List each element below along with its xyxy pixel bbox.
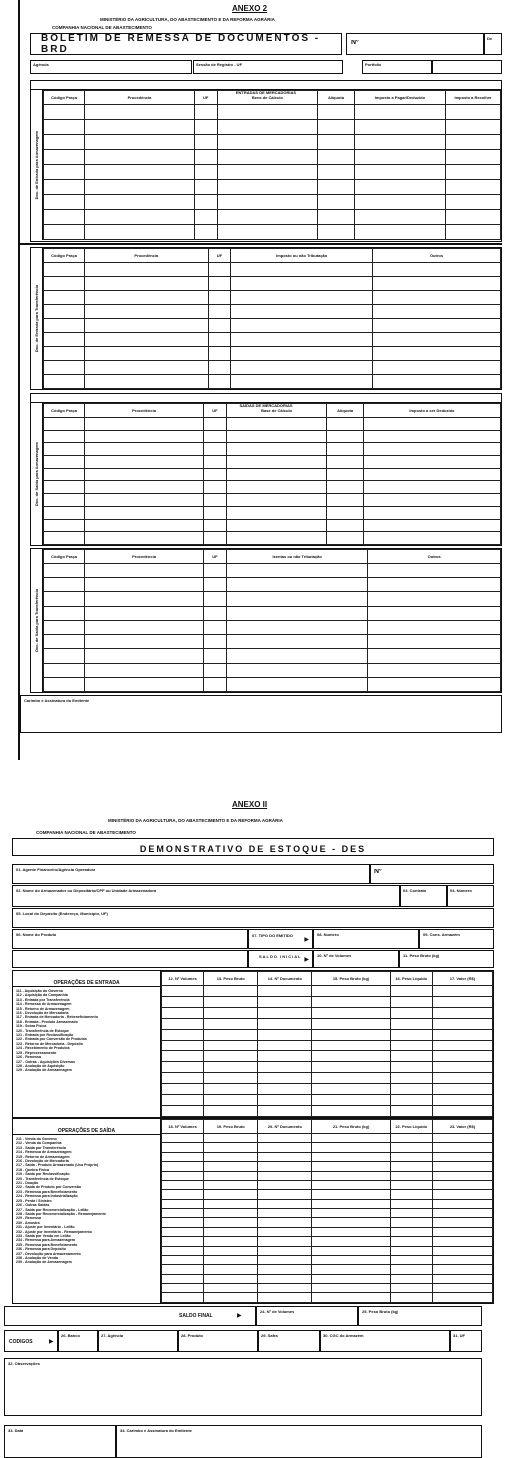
table-cell[interactable] xyxy=(390,1180,432,1189)
table-cell[interactable] xyxy=(446,180,501,195)
table-cell[interactable] xyxy=(85,195,195,210)
table-cell[interactable] xyxy=(231,305,373,319)
table-cell[interactable] xyxy=(44,361,85,375)
table-cell[interactable] xyxy=(258,1265,312,1274)
table-cell[interactable] xyxy=(432,1105,492,1116)
table-cell[interactable] xyxy=(203,481,226,494)
table-cell[interactable] xyxy=(44,195,85,210)
table-cell[interactable] xyxy=(44,677,85,691)
table-cell[interactable] xyxy=(204,1073,258,1084)
table-cell[interactable] xyxy=(44,418,85,431)
table-cell[interactable] xyxy=(204,1199,258,1208)
table-cell[interactable] xyxy=(446,135,501,150)
table-cell[interactable] xyxy=(258,1237,312,1246)
table-cell[interactable] xyxy=(368,620,501,634)
table-cell[interactable] xyxy=(162,1018,204,1029)
table-cell[interactable] xyxy=(390,1227,432,1236)
table-cell[interactable] xyxy=(162,1190,204,1199)
table-cell[interactable] xyxy=(432,1134,492,1143)
table-cell[interactable] xyxy=(231,277,373,291)
table-cell[interactable] xyxy=(85,361,208,375)
table-cell[interactable] xyxy=(390,1199,432,1208)
table-cell[interactable] xyxy=(44,347,85,361)
table-cell[interactable] xyxy=(208,291,231,305)
table-cell[interactable] xyxy=(312,1018,390,1029)
brd-number-box[interactable]: Nº xyxy=(346,33,484,55)
table-cell[interactable] xyxy=(85,443,204,456)
table-cell[interactable] xyxy=(446,210,501,225)
field-doc-number[interactable]: 08. Número xyxy=(313,929,419,949)
table-cell[interactable] xyxy=(390,1062,432,1073)
table-cell[interactable] xyxy=(204,986,258,997)
table-cell[interactable] xyxy=(162,1171,204,1180)
table-cell[interactable] xyxy=(162,1218,204,1227)
table-cell[interactable] xyxy=(217,210,318,225)
field-product-name[interactable]: 06. Nome do Produto xyxy=(12,929,248,949)
table-cell[interactable] xyxy=(162,1180,204,1189)
table-cell[interactable] xyxy=(312,1095,390,1106)
table-cell[interactable] xyxy=(85,180,195,195)
table-cell[interactable] xyxy=(390,1051,432,1062)
table-cell[interactable] xyxy=(373,361,501,375)
table-cell[interactable] xyxy=(390,1237,432,1246)
table-cell[interactable] xyxy=(231,361,373,375)
table-cell[interactable] xyxy=(390,1073,432,1084)
table-cell[interactable] xyxy=(318,225,355,240)
table-cell[interactable] xyxy=(208,333,231,347)
table-cell[interactable] xyxy=(226,519,327,532)
table-cell[interactable] xyxy=(258,1143,312,1152)
table-cell[interactable] xyxy=(162,1007,204,1018)
table-cell[interactable] xyxy=(217,165,318,180)
table-cell[interactable] xyxy=(432,1293,492,1303)
table-cell[interactable] xyxy=(390,1084,432,1095)
table-cell[interactable] xyxy=(354,195,445,210)
table-cell[interactable] xyxy=(162,1105,204,1116)
table-cell[interactable] xyxy=(203,468,226,481)
table-cell[interactable] xyxy=(312,1199,390,1208)
field-number[interactable]: Nº xyxy=(370,864,494,884)
table-cell[interactable] xyxy=(432,1209,492,1218)
table-cell[interactable] xyxy=(203,494,226,507)
table-cell[interactable] xyxy=(44,481,85,494)
table-cell[interactable] xyxy=(204,1274,258,1283)
table-cell[interactable] xyxy=(203,506,226,519)
table-cell[interactable] xyxy=(162,1284,204,1293)
field-bank[interactable]: 26. Banco xyxy=(58,1330,98,1352)
field-final-weight[interactable]: 25. Peso Bruto (kg) xyxy=(358,1306,482,1326)
table-cell[interactable] xyxy=(432,1084,492,1095)
table-cell[interactable] xyxy=(258,1209,312,1218)
table-cell[interactable] xyxy=(258,1084,312,1095)
table-cell[interactable] xyxy=(203,663,226,677)
table-cell[interactable] xyxy=(85,649,204,663)
table-cell[interactable] xyxy=(162,1095,204,1106)
table-cell[interactable] xyxy=(432,1284,492,1293)
table-cell[interactable] xyxy=(85,620,204,634)
table-cell[interactable] xyxy=(368,635,501,649)
table-cell[interactable] xyxy=(432,1162,492,1171)
table-cell[interactable] xyxy=(226,663,368,677)
table-cell[interactable] xyxy=(368,564,501,578)
table-cell[interactable] xyxy=(226,564,368,578)
table-cell[interactable] xyxy=(373,305,501,319)
table-cell[interactable] xyxy=(312,1246,390,1255)
table-cell[interactable] xyxy=(432,1218,492,1227)
table-cell[interactable] xyxy=(44,150,85,165)
table-cell[interactable] xyxy=(85,578,204,592)
table-cell[interactable] xyxy=(390,1209,432,1218)
table-cell[interactable] xyxy=(204,1095,258,1106)
table-cell[interactable] xyxy=(390,1029,432,1040)
table-cell[interactable] xyxy=(390,1018,432,1029)
table-cell[interactable] xyxy=(432,1143,492,1152)
table-cell[interactable] xyxy=(258,986,312,997)
table-cell[interactable] xyxy=(194,135,217,150)
table-cell[interactable] xyxy=(85,677,204,691)
table-cell[interactable] xyxy=(44,564,85,578)
table-cell[interactable] xyxy=(327,519,364,532)
table-cell[interactable] xyxy=(162,1143,204,1152)
table-cell[interactable] xyxy=(85,347,208,361)
table-cell[interactable] xyxy=(312,1062,390,1073)
table-cell[interactable] xyxy=(194,195,217,210)
table-cell[interactable] xyxy=(258,1171,312,1180)
table-cell[interactable] xyxy=(204,996,258,1007)
table-cell[interactable] xyxy=(258,1105,312,1116)
table-cell[interactable] xyxy=(312,1180,390,1189)
table-cell[interactable] xyxy=(85,105,195,120)
table-cell[interactable] xyxy=(162,996,204,1007)
table-cell[interactable] xyxy=(85,468,204,481)
table-cell[interactable] xyxy=(390,986,432,997)
table-cell[interactable] xyxy=(390,1162,432,1171)
table-cell[interactable] xyxy=(85,165,195,180)
table-cell[interactable] xyxy=(354,210,445,225)
table-cell[interactable] xyxy=(432,1274,492,1283)
table-cell[interactable] xyxy=(258,1255,312,1264)
table-cell[interactable] xyxy=(44,443,85,456)
table-cell[interactable] xyxy=(327,418,364,431)
registry-field[interactable]: Sessão de Registro - UF xyxy=(193,60,343,74)
table-cell[interactable] xyxy=(162,1029,204,1040)
table-cell[interactable] xyxy=(204,1237,258,1246)
table-cell[interactable] xyxy=(85,375,208,389)
table-cell[interactable] xyxy=(258,1062,312,1073)
table-cell[interactable] xyxy=(432,1007,492,1018)
table-cell[interactable] xyxy=(390,1265,432,1274)
table-cell[interactable] xyxy=(368,606,501,620)
table-cell[interactable] xyxy=(312,1274,390,1283)
field-deposit-location[interactable]: 05. Local do Depósito (Endereço, Municíp… xyxy=(12,908,494,928)
table-cell[interactable] xyxy=(204,1293,258,1303)
table-cell[interactable] xyxy=(162,1051,204,1062)
table-cell[interactable] xyxy=(85,319,208,333)
table-cell[interactable] xyxy=(312,1040,390,1051)
table-cell[interactable] xyxy=(354,165,445,180)
table-cell[interactable] xyxy=(258,1199,312,1208)
table-cell[interactable] xyxy=(446,165,501,180)
table-cell[interactable] xyxy=(203,592,226,606)
table-cell[interactable] xyxy=(231,263,373,277)
table-cell[interactable] xyxy=(432,1255,492,1264)
table-cell[interactable] xyxy=(162,1237,204,1246)
table-cell[interactable] xyxy=(44,620,85,634)
table-cell[interactable] xyxy=(203,430,226,443)
table-cell[interactable] xyxy=(162,1134,204,1143)
table-cell[interactable] xyxy=(354,120,445,135)
table-cell[interactable] xyxy=(327,506,364,519)
table-cell[interactable] xyxy=(226,606,368,620)
table-cell[interactable] xyxy=(258,1162,312,1171)
table-cell[interactable] xyxy=(217,180,318,195)
table-cell[interactable] xyxy=(204,1152,258,1161)
table-cell[interactable] xyxy=(85,456,204,469)
table-cell[interactable] xyxy=(258,1293,312,1303)
field-agent-agency[interactable]: 01. Agente Financeiro/Agência Operadora xyxy=(12,864,370,884)
table-cell[interactable] xyxy=(204,1218,258,1227)
table-cell[interactable] xyxy=(85,120,195,135)
table-cell[interactable] xyxy=(312,1152,390,1161)
table-cell[interactable] xyxy=(44,291,85,305)
field-final-volumes[interactable]: 24. Nº de Volumes xyxy=(256,1306,358,1326)
table-cell[interactable] xyxy=(204,1227,258,1236)
table-cell[interactable] xyxy=(208,319,231,333)
table-cell[interactable] xyxy=(85,210,195,225)
table-cell[interactable] xyxy=(85,592,204,606)
table-cell[interactable] xyxy=(85,305,208,319)
table-cell[interactable] xyxy=(204,1062,258,1073)
table-cell[interactable] xyxy=(258,1051,312,1062)
table-cell[interactable] xyxy=(204,1143,258,1152)
table-cell[interactable] xyxy=(194,225,217,240)
table-cell[interactable] xyxy=(44,468,85,481)
table-cell[interactable] xyxy=(162,1209,204,1218)
table-cell[interactable] xyxy=(446,150,501,165)
table-cell[interactable] xyxy=(44,635,85,649)
table-cell[interactable] xyxy=(231,319,373,333)
table-cell[interactable] xyxy=(432,1237,492,1246)
table-cell[interactable] xyxy=(226,481,327,494)
table-cell[interactable] xyxy=(231,347,373,361)
observations-field[interactable]: 32. Observações xyxy=(4,1358,482,1416)
table-cell[interactable] xyxy=(85,277,208,291)
table-cell[interactable] xyxy=(363,506,500,519)
table-cell[interactable] xyxy=(203,578,226,592)
table-cell[interactable] xyxy=(312,1134,390,1143)
table-cell[interactable] xyxy=(203,649,226,663)
table-cell[interactable] xyxy=(204,1171,258,1180)
table-cell[interactable] xyxy=(432,1040,492,1051)
table-cell[interactable] xyxy=(217,225,318,240)
table-cell[interactable] xyxy=(312,986,390,997)
table-cell[interactable] xyxy=(204,1105,258,1116)
table-cell[interactable] xyxy=(432,1265,492,1274)
table-cell[interactable] xyxy=(312,1265,390,1274)
table-cell[interactable] xyxy=(204,1084,258,1095)
table-cell[interactable] xyxy=(204,1018,258,1029)
table-cell[interactable] xyxy=(390,1274,432,1283)
table-cell[interactable] xyxy=(85,291,208,305)
table-cell[interactable] xyxy=(162,1162,204,1171)
table-cell[interactable] xyxy=(203,456,226,469)
table-cell[interactable] xyxy=(44,606,85,620)
table-cell[interactable] xyxy=(44,506,85,519)
table-cell[interactable] xyxy=(432,1095,492,1106)
stamp-signature-box[interactable]: Carimbo e Assinatura do Emitente xyxy=(20,695,502,733)
table-cell[interactable] xyxy=(204,1190,258,1199)
table-cell[interactable] xyxy=(208,347,231,361)
table-cell[interactable] xyxy=(162,1152,204,1161)
table-cell[interactable] xyxy=(44,105,85,120)
brd-date-box[interactable]: De xyxy=(484,33,502,55)
table-cell[interactable] xyxy=(85,494,204,507)
table-cell[interactable] xyxy=(203,606,226,620)
table-cell[interactable] xyxy=(390,1293,432,1303)
table-cell[interactable] xyxy=(85,333,208,347)
table-cell[interactable] xyxy=(432,1018,492,1029)
table-cell[interactable] xyxy=(194,120,217,135)
table-cell[interactable] xyxy=(432,986,492,997)
table-cell[interactable] xyxy=(363,468,500,481)
table-cell[interactable] xyxy=(217,135,318,150)
table-cell[interactable] xyxy=(318,165,355,180)
table-cell[interactable] xyxy=(432,1051,492,1062)
table-cell[interactable] xyxy=(432,1199,492,1208)
table-cell[interactable] xyxy=(204,1265,258,1274)
field-type-emitted[interactable]: 07. TIPO DO EMITIDO ▶ xyxy=(248,929,313,949)
table-cell[interactable] xyxy=(327,456,364,469)
table-cell[interactable] xyxy=(363,418,500,431)
table-cell[interactable] xyxy=(327,494,364,507)
table-cell[interactable] xyxy=(258,1018,312,1029)
table-cell[interactable] xyxy=(446,120,501,135)
table-cell[interactable] xyxy=(258,996,312,1007)
table-cell[interactable] xyxy=(318,135,355,150)
table-cell[interactable] xyxy=(204,1051,258,1062)
field-agency[interactable]: 27. Agência xyxy=(98,1330,178,1352)
table-cell[interactable] xyxy=(85,225,195,240)
table-cell[interactable] xyxy=(446,105,501,120)
table-cell[interactable] xyxy=(226,443,327,456)
table-cell[interactable] xyxy=(327,443,364,456)
table-cell[interactable] xyxy=(162,1255,204,1264)
table-cell[interactable] xyxy=(390,1190,432,1199)
field-warehouse[interactable]: 09. Cons. Armazém xyxy=(419,929,494,949)
portfolio-field[interactable]: Portfolio xyxy=(362,60,432,74)
table-cell[interactable] xyxy=(208,263,231,277)
field-contract-number[interactable]: 04. Número xyxy=(447,885,494,907)
table-cell[interactable] xyxy=(162,1246,204,1255)
table-cell[interactable] xyxy=(312,1293,390,1303)
field-uf[interactable]: 31. UF xyxy=(450,1330,482,1352)
table-cell[interactable] xyxy=(432,1227,492,1236)
table-cell[interactable] xyxy=(318,195,355,210)
table-cell[interactable] xyxy=(363,481,500,494)
table-cell[interactable] xyxy=(204,1246,258,1255)
table-cell[interactable] xyxy=(390,1105,432,1116)
table-cell[interactable] xyxy=(85,418,204,431)
table-cell[interactable] xyxy=(44,456,85,469)
table-cell[interactable] xyxy=(204,1040,258,1051)
table-cell[interactable] xyxy=(373,333,501,347)
table-cell[interactable] xyxy=(226,494,327,507)
table-cell[interactable] xyxy=(327,468,364,481)
table-cell[interactable] xyxy=(390,1218,432,1227)
table-cell[interactable] xyxy=(312,1190,390,1199)
table-cell[interactable] xyxy=(217,150,318,165)
table-cell[interactable] xyxy=(85,481,204,494)
table-cell[interactable] xyxy=(432,1171,492,1180)
table-cell[interactable] xyxy=(312,1209,390,1218)
table-cell[interactable] xyxy=(390,1134,432,1143)
table-cell[interactable] xyxy=(162,1062,204,1073)
table-cell[interactable] xyxy=(368,649,501,663)
table-cell[interactable] xyxy=(85,635,204,649)
table-cell[interactable] xyxy=(312,1162,390,1171)
field-initial-volumes[interactable]: 10. Nº de Volumes xyxy=(313,950,399,968)
table-cell[interactable] xyxy=(312,1051,390,1062)
table-cell[interactable] xyxy=(85,532,204,545)
table-cell[interactable] xyxy=(363,430,500,443)
table-cell[interactable] xyxy=(373,319,501,333)
field-depositary-name[interactable]: 02. Nome do Armazenador ou Depositário/C… xyxy=(12,885,400,907)
table-cell[interactable] xyxy=(44,120,85,135)
table-cell[interactable] xyxy=(226,532,327,545)
table-cell[interactable] xyxy=(85,564,204,578)
table-cell[interactable] xyxy=(258,1029,312,1040)
table-cell[interactable] xyxy=(390,1095,432,1106)
table-cell[interactable] xyxy=(226,592,368,606)
table-cell[interactable] xyxy=(44,210,85,225)
table-cell[interactable] xyxy=(217,195,318,210)
table-cell[interactable] xyxy=(258,1246,312,1255)
table-cell[interactable] xyxy=(204,1134,258,1143)
table-cell[interactable] xyxy=(226,506,327,519)
table-cell[interactable] xyxy=(390,1040,432,1051)
table-cell[interactable] xyxy=(85,519,204,532)
table-cell[interactable] xyxy=(85,150,195,165)
table-cell[interactable] xyxy=(162,1274,204,1283)
field-product[interactable]: 28. Produto xyxy=(178,1330,258,1352)
table-cell[interactable] xyxy=(204,1162,258,1171)
table-cell[interactable] xyxy=(162,1293,204,1303)
table-cell[interactable] xyxy=(44,263,85,277)
signature-field[interactable]: 34. Carimbo e Assinatura do Emitente xyxy=(116,1425,482,1458)
table-cell[interactable] xyxy=(432,1152,492,1161)
table-cell[interactable] xyxy=(194,180,217,195)
table-cell[interactable] xyxy=(258,1227,312,1236)
field-contract[interactable]: 03. Contrato xyxy=(400,885,447,907)
table-cell[interactable] xyxy=(85,430,204,443)
table-cell[interactable] xyxy=(327,430,364,443)
table-cell[interactable] xyxy=(203,620,226,634)
table-cell[interactable] xyxy=(312,1227,390,1236)
table-cell[interactable] xyxy=(432,1073,492,1084)
table-cell[interactable] xyxy=(208,277,231,291)
table-cell[interactable] xyxy=(203,635,226,649)
table-cell[interactable] xyxy=(390,1143,432,1152)
table-cell[interactable] xyxy=(231,291,373,305)
table-cell[interactable] xyxy=(258,1180,312,1189)
table-cell[interactable] xyxy=(258,1284,312,1293)
table-cell[interactable] xyxy=(44,592,85,606)
table-cell[interactable] xyxy=(204,1209,258,1218)
table-cell[interactable] xyxy=(390,1007,432,1018)
table-cell[interactable] xyxy=(390,1152,432,1161)
table-cell[interactable] xyxy=(363,443,500,456)
portfolio-value-field[interactable] xyxy=(432,60,502,74)
